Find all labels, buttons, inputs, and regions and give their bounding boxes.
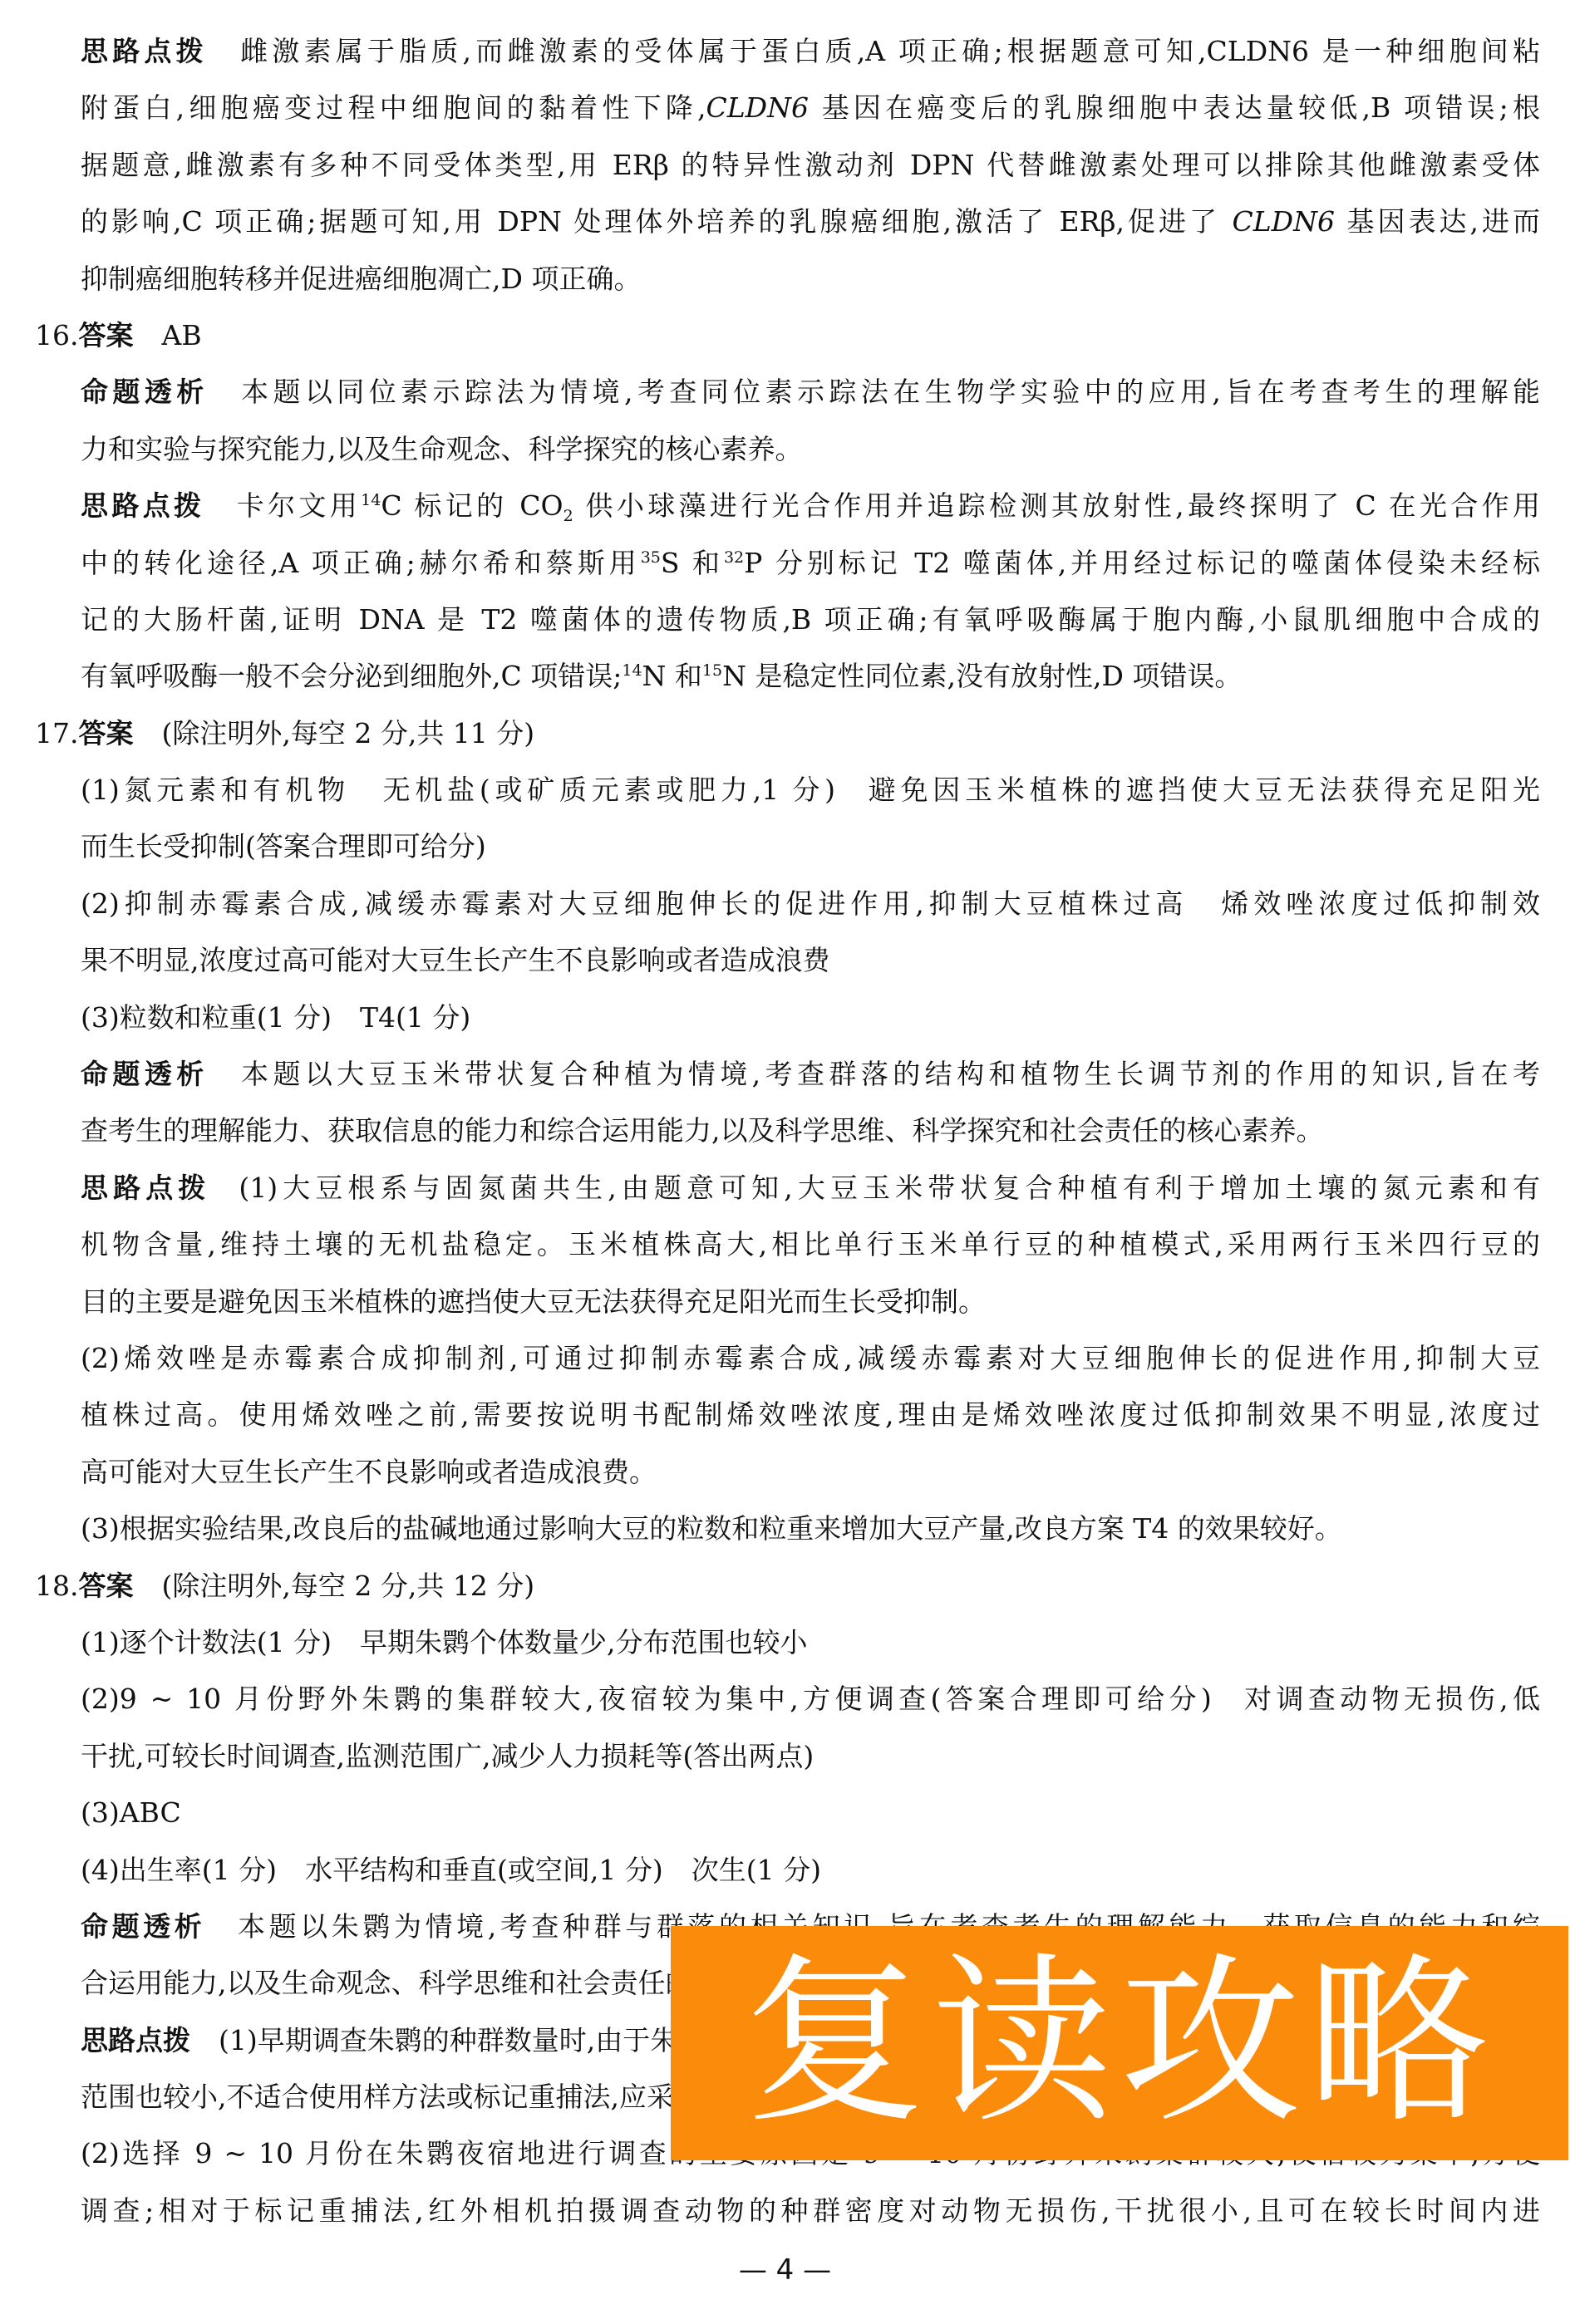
q16-answer-value: AB (161, 319, 201, 351)
watermark-text: 复读攻略 (744, 1938, 1495, 2148)
q16-silu-line-4: 有氧呼吸酶一般不会分泌到细胞外,C 项错误;14N 和15N 是稳定性同位素,没… (0, 648, 1570, 705)
gene-name: CLDN6 (706, 91, 809, 124)
silu-label: 思路点拨 (81, 489, 204, 522)
silu-label: 思路点拨 (81, 1172, 210, 1204)
q17-answer-1-line-2: 而生长受抑制(答案合理即可给分) (0, 818, 1570, 875)
q17-silu-line-2: 机物含量,维持土壤的无机盐稳定。玉米植株高大,相比单行玉米单行豆的种植模式,采用… (0, 1216, 1570, 1273)
document-page: 思路点拨雌激素属于脂质,而雌激素的受体属于蛋白质,A 项正确;根据题意可知,CL… (0, 23, 1570, 2239)
watermark-banner: 复读攻略 (671, 1926, 1568, 2160)
q17-answer-2-line-1: (2)抑制赤霉素合成,减缓赤霉素对大豆细胞伸长的促进作用,抑制大豆植株过高烯效唑… (0, 876, 1570, 932)
q17-answer-heading: 17.答案(除注明外,每空 2 分,共 11 分) (0, 705, 1570, 762)
q17-score-note: (除注明外,每空 2 分,共 11 分) (161, 717, 534, 749)
q15-silu-line-4: 的影响,C 项正确;据题可知,用 DPN 处理体外培养的乳腺癌细胞,激活了 ER… (0, 194, 1570, 250)
q15-silu-line-5: 抑制癌细胞转移并促进癌细胞凋亡,D 项正确。 (0, 251, 1570, 307)
q16-silu-line-3: 记的大肠杆菌,证明 DNA 是 T2 噬菌体的遗传物质,B 项正确;有氧呼吸酶属… (0, 592, 1570, 648)
q18-answer-4: (4)出生率(1 分)水平结构和垂直(或空间,1 分)次生(1 分) (0, 1842, 1570, 1899)
q16-silu-line-2: 中的转化途径,A 项正确;赫尔希和蔡斯用35S 和32P 分别标记 T2 噬菌体… (0, 535, 1570, 592)
q18-score-note: (除注明外,每空 2 分,共 12 分) (161, 1570, 534, 1602)
silu-label: 思路点拨 (81, 35, 208, 67)
q17-answer-3: (3)粒数和粒重(1 分)T4(1 分) (0, 990, 1570, 1046)
q17-silu-line-7: (3)根据实验结果,改良后的盐碱地通过影响大豆的粒数和粒重来增加大豆产量,改良方… (0, 1501, 1570, 1557)
q15-silu-line-1: 思路点拨雌激素属于脂质,而雌激素的受体属于蛋白质,A 项正确;根据题意可知,CL… (0, 23, 1570, 80)
q18-answer-heading: 18.答案(除注明外,每空 2 分,共 12 分) (0, 1558, 1570, 1614)
q17-silu-line-5: 植株过高。使用烯效唑之前,需要按说明书配制烯效唑浓度,理由是烯效唑浓度过低抑制效… (0, 1387, 1570, 1443)
silu-label: 思路点拨 (81, 2024, 190, 2056)
q17-silu-line-4: (2)烯效唑是赤霉素合成抑制剂,可通过抑制赤霉素合成,减缓赤霉素对大豆细胞伸长的… (0, 1330, 1570, 1387)
q18-answer-2-line-2: 干扰,可较长时间调查,监测范围广,减少人力损耗等(答出两点) (0, 1728, 1570, 1785)
gene-name: CLDN6 (1233, 205, 1336, 238)
q16-silu-line-1: 思路点拨卡尔文用14C 标记的 CO2 供小球藻进行光合作用并追踪检测其放射性,… (0, 478, 1570, 534)
answer-label: 答案 (78, 717, 133, 749)
q18-answer-2-line-1: (2)9 ~ 10 月份野外朱鹮的集群较大,夜宿较为集中,方便调查(答案合理即可… (0, 1671, 1570, 1727)
q16-mingti-line-2: 力和实验与探究能力,以及生命观念、科学探究的核心素养。 (0, 421, 1570, 478)
q16-mingti-line-1: 命题透析本题以同位素示踪法为情境,考查同位素示踪法在生物学实验中的应用,旨在考查… (0, 364, 1570, 420)
q18-silu-line-4: 调查;相对于标记重捕法,红外相机拍摄调查动物的种群密度对动物无损伤,干扰很小,且… (0, 2183, 1570, 2239)
q18-answer-1: (1)逐个计数法(1 分)早期朱鹮个体数量少,分布范围也较小 (0, 1614, 1570, 1671)
q17-mingti-line-2: 查考生的理解能力、获取信息的能力和综合运用能力,以及科学思维、科学探究和社会责任… (0, 1103, 1570, 1159)
answer-label: 答案 (78, 319, 133, 351)
q15-silu-line-3: 据题意,雌激素有多种不同受体类型,用 ERβ 的特异性激动剂 DPN 代替雌激素… (0, 137, 1570, 194)
q18-answer-3: (3)ABC (0, 1785, 1570, 1841)
page-number: — 4 — (0, 2253, 1570, 2287)
mingti-label: 命题透析 (81, 1058, 209, 1090)
mingti-label: 命题透析 (81, 1910, 205, 1943)
q16-answer-heading: 16.答案AB (0, 307, 1570, 364)
q15-silu-line-2: 附蛋白,细胞癌变过程中细胞间的黏着性下降,CLDN6 基因在癌变后的乳腺细胞中表… (0, 80, 1570, 136)
answer-label: 答案 (78, 1570, 133, 1602)
q17-silu-line-3: 目的主要是避免因玉米植株的遮挡使大豆无法获得充足阳光而生长受抑制。 (0, 1274, 1570, 1330)
q17-mingti-line-1: 命题透析本题以大豆玉米带状复合种植为情境,考查群落的结构和植物生长调节剂的作用的… (0, 1046, 1570, 1103)
q17-answer-2-line-2: 果不明显,浓度过高可能对大豆生长产生不良影响或者造成浪费 (0, 932, 1570, 989)
q17-silu-line-1: 思路点拨(1)大豆根系与固氮菌共生,由题意可知,大豆玉米带状复合种植有利于增加土… (0, 1160, 1570, 1216)
q17-silu-line-6: 高可能对大豆生长产生不良影响或者造成浪费。 (0, 1444, 1570, 1501)
q17-answer-1-line-1: (1)氮元素和有机物无机盐(或矿质元素或肥力,1 分)避免因玉米植株的遮挡使大豆… (0, 762, 1570, 818)
mingti-label: 命题透析 (81, 376, 209, 408)
